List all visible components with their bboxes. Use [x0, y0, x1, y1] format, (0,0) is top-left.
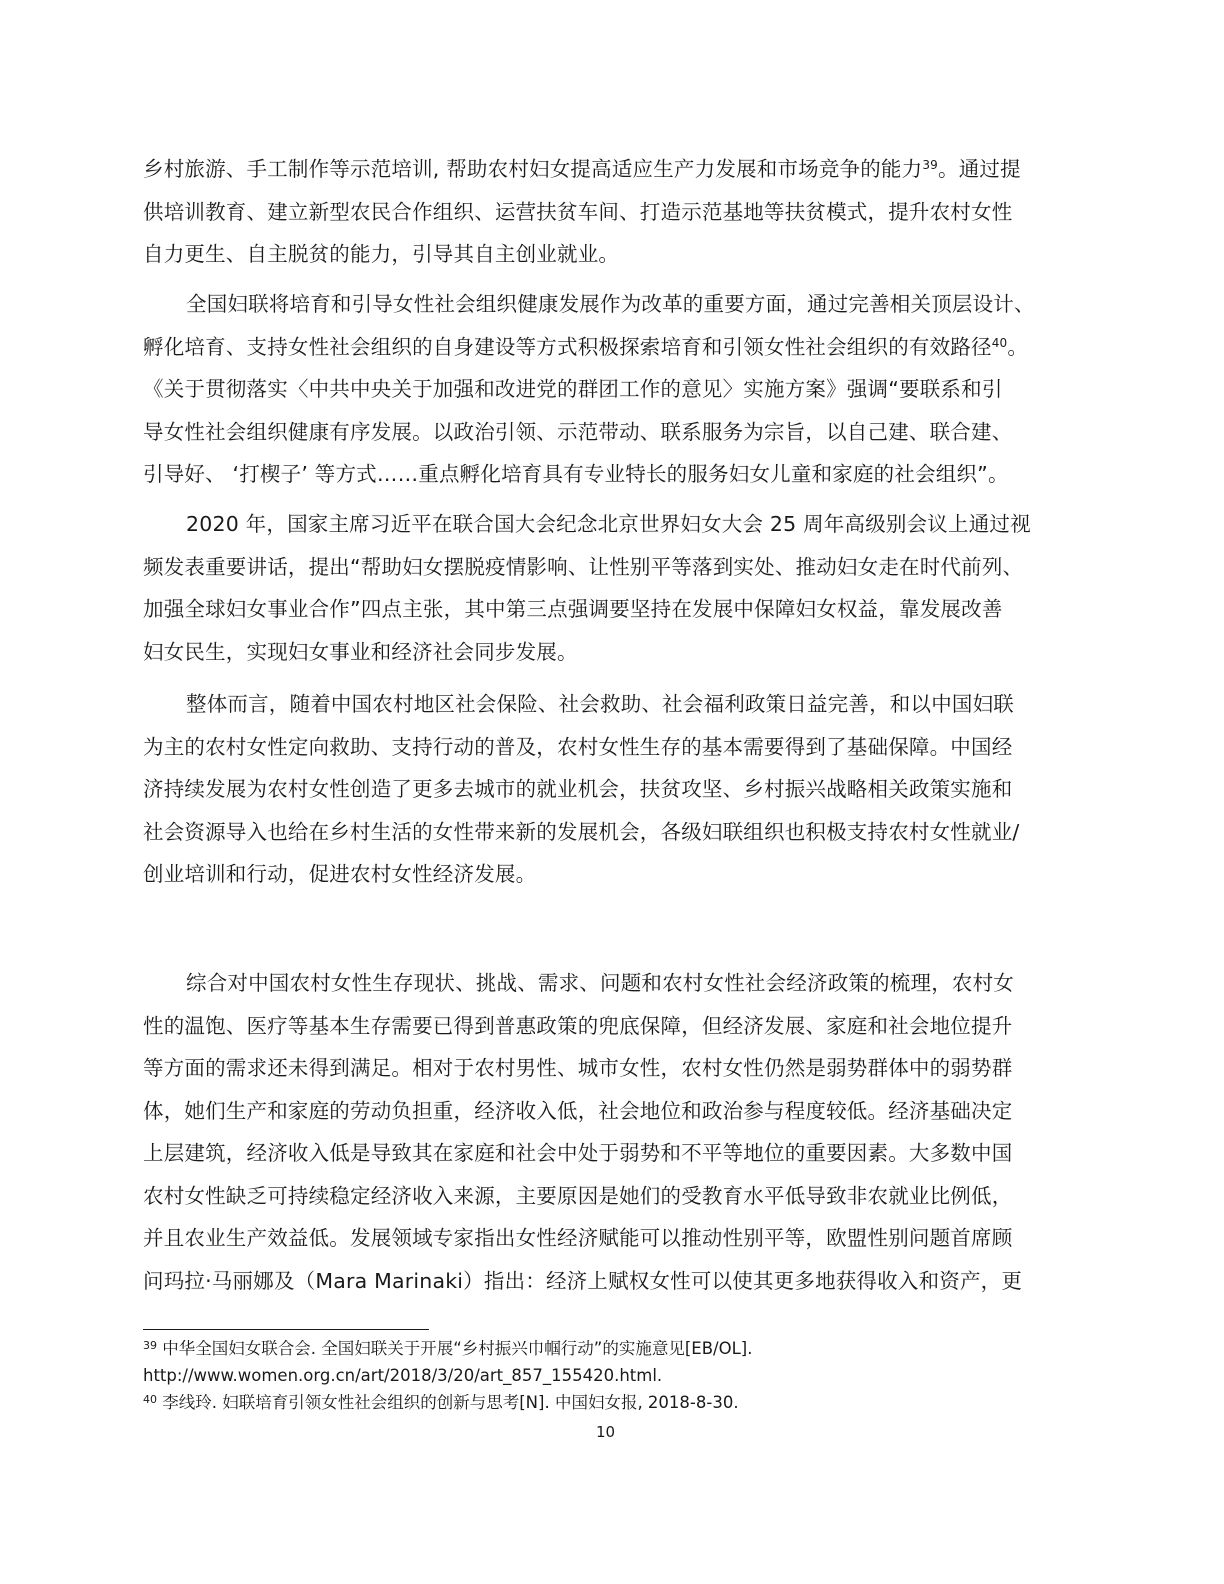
paragraph-2: 全国妇联将培育和引导女性社会组织健康发展作为改革的重要方面，通过完善相关顶层设计… [143, 283, 1080, 496]
text-line: 引导好、 ‘打楔子’ 等方式……重点孵化培育具有专业特长的服务妇女儿童和家庭的社… [143, 453, 1080, 496]
text-line: 社会资源导入也给在乡村生活的女性带来新的发展机会，各级妇联组织也积极支持农村女性… [143, 811, 1080, 854]
footnote-40: 40 李线玲. 妇联培育引领女性社会组织的创新与思考[N]. 中国妇女报, 20… [143, 1390, 739, 1415]
text-line: 并且农业生产效益低。发展领域专家指出女性经济赋能可以推动性别平等，欧盟性别问题首… [143, 1217, 1080, 1260]
paragraph-3: 2020 年，国家主席习近平在联合国大会纪念北京世界妇女大会 25 周年高级别会… [143, 503, 1080, 673]
paragraph-1: 乡村旅游、手工制作等示范培训, 帮助农村妇女提高适应生产力发展和市场竞争的能力3… [143, 148, 1080, 276]
text-line: 加强全球妇女事业合作”四点主张，其中第三点强调要坚持在发展中保障妇女权益，靠发展… [143, 588, 1080, 631]
text-run: 乡村旅游、手工制作等示范培训, 帮助农村妇女提高适应生产力发展和市场竞争的能力 [143, 157, 922, 181]
text-line: 农村女性缺乏可持续稳定经济收入来源，主要原因是她们的受教育水平低导致非农就业比例… [143, 1175, 1080, 1218]
text-line: 综合对中国农村女性生存现状、挑战、需求、问题和农村女性社会经济政策的梳理，农村女 [143, 962, 1080, 1005]
footnote-text: 李线玲. 妇联培育引领女性社会组织的创新与思考[N]. 中国妇女报, 2018-… [162, 1393, 738, 1412]
footnote-text: 中华全国妇女联合会. 全国妇联关于开展“乡村振兴巾帼行动”的实施意见[EB/OL… [162, 1339, 752, 1358]
paragraph-4: 整体而言，随着中国农村地区社会保险、社会救助、社会福利政策日益完善，和以中国妇联… [143, 683, 1080, 896]
footnote-ref-40[interactable]: 40 [992, 336, 1008, 350]
footnote-number: 39 [143, 1339, 157, 1352]
text-line: 孵化培育、支持女性社会组织的自身建设等方式积极探索培育和引领女性社会组织的有效路… [143, 326, 1080, 369]
text-line: 频发表重要讲话，提出“帮助妇女摆脱疫情影响、让性别平等落到实处、推动妇女走在时代… [143, 546, 1080, 589]
text-line: 妇女民生，实现妇女事业和经济社会同步发展。 [143, 631, 1080, 674]
text-line: 创业培训和行动，促进农村女性经济发展。 [143, 853, 1080, 896]
page-number: 10 [596, 1423, 615, 1441]
text-line: 问玛拉·马丽娜及（Mara Marinaki）指出：经济上赋权女性可以使其更多地… [143, 1260, 1080, 1303]
text-line: 上层建筑，经济收入低是导致其在家庭和社会中处于弱势和不平等地位的重要因素。大多数… [143, 1132, 1080, 1175]
footnote-39-url[interactable]: http://www.women.org.cn/art/2018/3/20/ar… [143, 1363, 662, 1388]
text-line: 全国妇联将培育和引导女性社会组织健康发展作为改革的重要方面，通过完善相关顶层设计… [143, 283, 1080, 326]
footnote-separator [143, 1329, 429, 1330]
text-line: 为主的农村女性定向救助、支持行动的普及，农村女性生存的基本需要得到了基础保障。中… [143, 726, 1080, 769]
text-run: 。通过提 [938, 157, 1021, 181]
text-line: 《关于贯彻落实〈中共中央关于加强和改进党的群团工作的意见〉实施方案》强调“要联系… [143, 368, 1080, 411]
text-run: 孵化培育、支持女性社会组织的自身建设等方式积极探索培育和引领女性社会组织的有效路… [143, 335, 992, 359]
text-line: 导女性社会组织健康有序发展。以政治引领、示范带动、联系服务为宗旨，以自己建、联合… [143, 411, 1080, 454]
text-line: 体，她们生产和家庭的劳动负担重，经济收入低，社会地位和政治参与程度较低。经济基础… [143, 1090, 1080, 1133]
document-page: 乡村旅游、手工制作等示范培训, 帮助农村妇女提高适应生产力发展和市场竞争的能力3… [0, 0, 1224, 1584]
text-line: 性的温饱、医疗等基本生存需要已得到普惠政策的兜底保障，但经济发展、家庭和社会地位… [143, 1005, 1080, 1048]
text-line: 济持续发展为农村女性创造了更多去城市的就业机会，扶贫攻坚、乡村振兴战略相关政策实… [143, 768, 1080, 811]
footnote-link[interactable]: http://www.women.org.cn/art/2018/3/20/ar… [143, 1366, 662, 1385]
footnote-number: 40 [143, 1393, 157, 1406]
text-run: 。 [1007, 335, 1028, 359]
text-line: 等方面的需求还未得到满足。相对于农村男性、城市女性，农村女性仍然是弱势群体中的弱… [143, 1047, 1080, 1090]
text-line: 乡村旅游、手工制作等示范培训, 帮助农村妇女提高适应生产力发展和市场竞争的能力3… [143, 148, 1080, 191]
text-line: 自力更生、自主脱贫的能力，引导其自主创业就业。 [143, 233, 1080, 276]
footnote-ref-39[interactable]: 39 [922, 158, 938, 172]
text-line: 供培训教育、建立新型农民合作组织、运营扶贫车间、打造示范基地等扶贫模式，提升农村… [143, 191, 1080, 234]
text-line: 2020 年，国家主席习近平在联合国大会纪念北京世界妇女大会 25 周年高级别会… [143, 503, 1080, 546]
paragraph-5: 综合对中国农村女性生存现状、挑战、需求、问题和农村女性社会经济政策的梳理，农村女… [143, 962, 1080, 1302]
footnote-39: 39 中华全国妇女联合会. 全国妇联关于开展“乡村振兴巾帼行动”的实施意见[EB… [143, 1336, 752, 1361]
text-line: 整体而言，随着中国农村地区社会保险、社会救助、社会福利政策日益完善，和以中国妇联 [143, 683, 1080, 726]
